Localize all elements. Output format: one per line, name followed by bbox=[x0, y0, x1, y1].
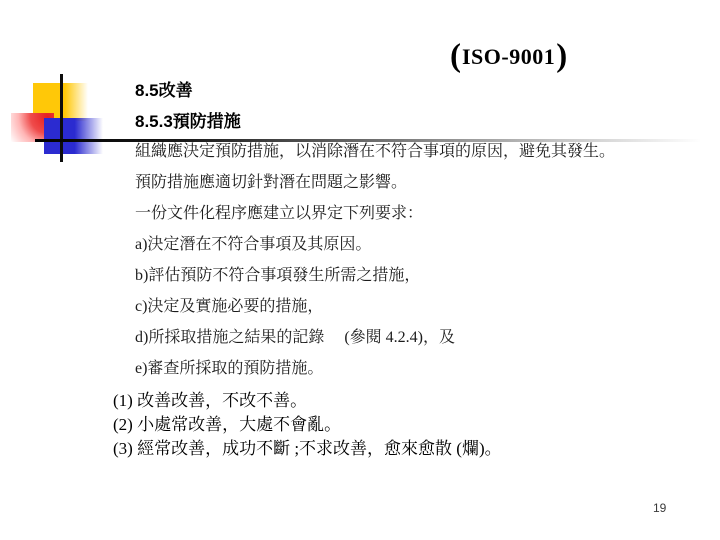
presentation-slide: ( ISO-9001 ) 8.5改善 8.5.3預防措施 組織應決定預防措施，以… bbox=[0, 0, 720, 540]
body-paragraph: 組織應決定預防措施，以消除潛在不符合事項的原因，避免其發生。 bbox=[135, 136, 695, 167]
page-number: 19 bbox=[653, 501, 666, 515]
iso-label-text: ISO-9001 bbox=[461, 40, 556, 73]
slide-title-subsection: 8.5.3預防措施 bbox=[135, 107, 241, 132]
body-list-item-d: d)所採取措施之結果的記錄 (參閱 4.2.4)，及 bbox=[135, 322, 695, 353]
quote-line-1: (1) 改善改善，不改不善。 bbox=[113, 389, 673, 413]
body-list-item-e: e)審查所採取的預防措施。 bbox=[135, 353, 695, 384]
logo-vertical-line bbox=[60, 74, 63, 162]
iso-label-open-paren: ( bbox=[450, 40, 461, 73]
quote-line-3: (3) 經常改善，成功不斷 ;不求改善，愈來愈散 (爛)。 bbox=[113, 437, 673, 461]
body-text-block: 組織應決定預防措施，以消除潛在不符合事項的原因，避免其發生。 預防措施應適切針對… bbox=[135, 136, 695, 384]
body-list-item-b: b)評估預防不符合事項發生所需之措施， bbox=[135, 260, 695, 291]
quote-block: (1) 改善改善，不改不善。 (2) 小處常改善，大處不會亂。 (3) 經常改善… bbox=[113, 389, 673, 461]
body-list-item-c: c)決定及實施必要的措施， bbox=[135, 291, 695, 322]
body-paragraph: 一份文件化程序應建立以界定下列要求： bbox=[135, 198, 695, 229]
body-list-item-a: a)決定潛在不符合事項及其原因。 bbox=[135, 229, 695, 260]
body-paragraph: 預防措施應適切針對潛在問題之影響。 bbox=[135, 167, 695, 198]
logo-blue-square bbox=[44, 118, 103, 154]
slide-title-section: 8.5改善 bbox=[135, 76, 193, 101]
iso-label-close-paren: ) bbox=[556, 40, 567, 73]
iso-standard-label: ( ISO-9001 ) bbox=[450, 40, 567, 73]
quote-line-2: (2) 小處常改善，大處不會亂。 bbox=[113, 413, 673, 437]
